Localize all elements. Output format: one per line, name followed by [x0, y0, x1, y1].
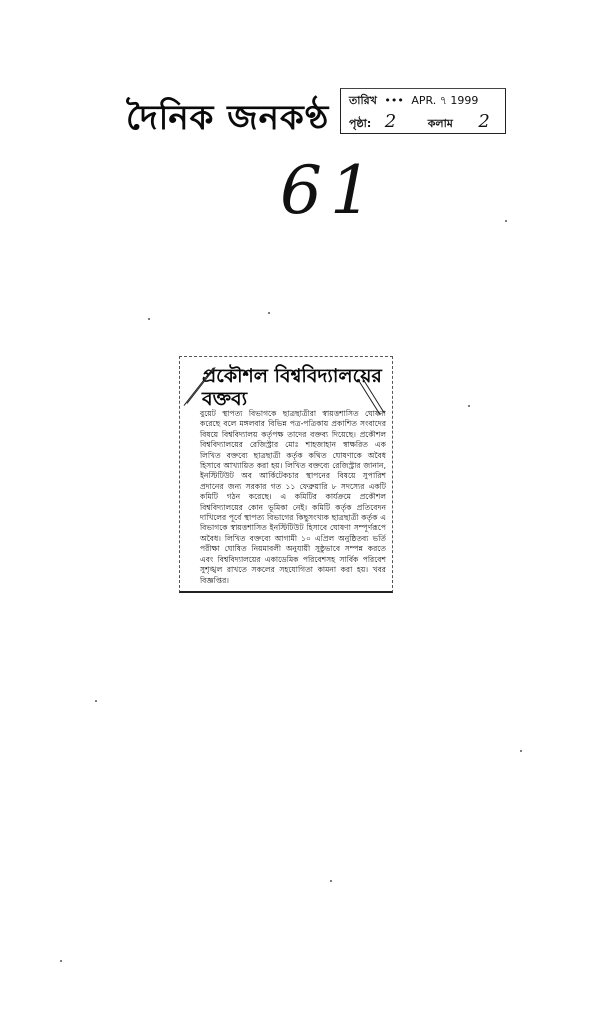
- newspaper-masthead: দৈনিক জনকণ্ঠ: [126, 92, 329, 149]
- column-label: কলাম: [428, 117, 453, 130]
- date-page-stamp: তারিখ ••• APR. ৭ 1999 পৃষ্ঠা: 2 কলাম 2: [340, 88, 506, 134]
- scan-speck: [330, 880, 332, 882]
- stamp-date-row: তারিখ ••• APR. ৭ 1999: [349, 92, 478, 111]
- date-value: APR. ৭ 1999: [411, 94, 478, 107]
- date-separator: •••: [384, 94, 403, 107]
- date-label: তারিখ: [349, 94, 377, 107]
- newspaper-clipping: প্রকৌশল বিশ্ববিদ্যালয়ের বক্তব্য বুয়েট …: [179, 356, 393, 593]
- scan-speck: [95, 700, 97, 702]
- page-label: পৃষ্ঠা:: [349, 117, 371, 130]
- scan-speck: [520, 750, 522, 752]
- page-value: 2: [385, 111, 396, 132]
- column-value: 2: [478, 111, 489, 132]
- handwritten-page-number: 61: [280, 152, 380, 229]
- scan-speck: [60, 960, 62, 962]
- scan-speck: [148, 318, 150, 320]
- stamp-page-row: পৃষ্ঠা: 2 কলাম 2: [349, 111, 490, 134]
- clipping-body: বুয়েট স্থাপত্য বিভাগকে ছাত্রছাত্রীরা স্…: [200, 409, 386, 586]
- clipping-headline: প্রকৌশল বিশ্ববিদ্যালয়ের বক্তব্য: [202, 365, 382, 411]
- scan-speck: [505, 220, 507, 222]
- scan-speck: [268, 312, 270, 314]
- scan-speck: [468, 405, 470, 407]
